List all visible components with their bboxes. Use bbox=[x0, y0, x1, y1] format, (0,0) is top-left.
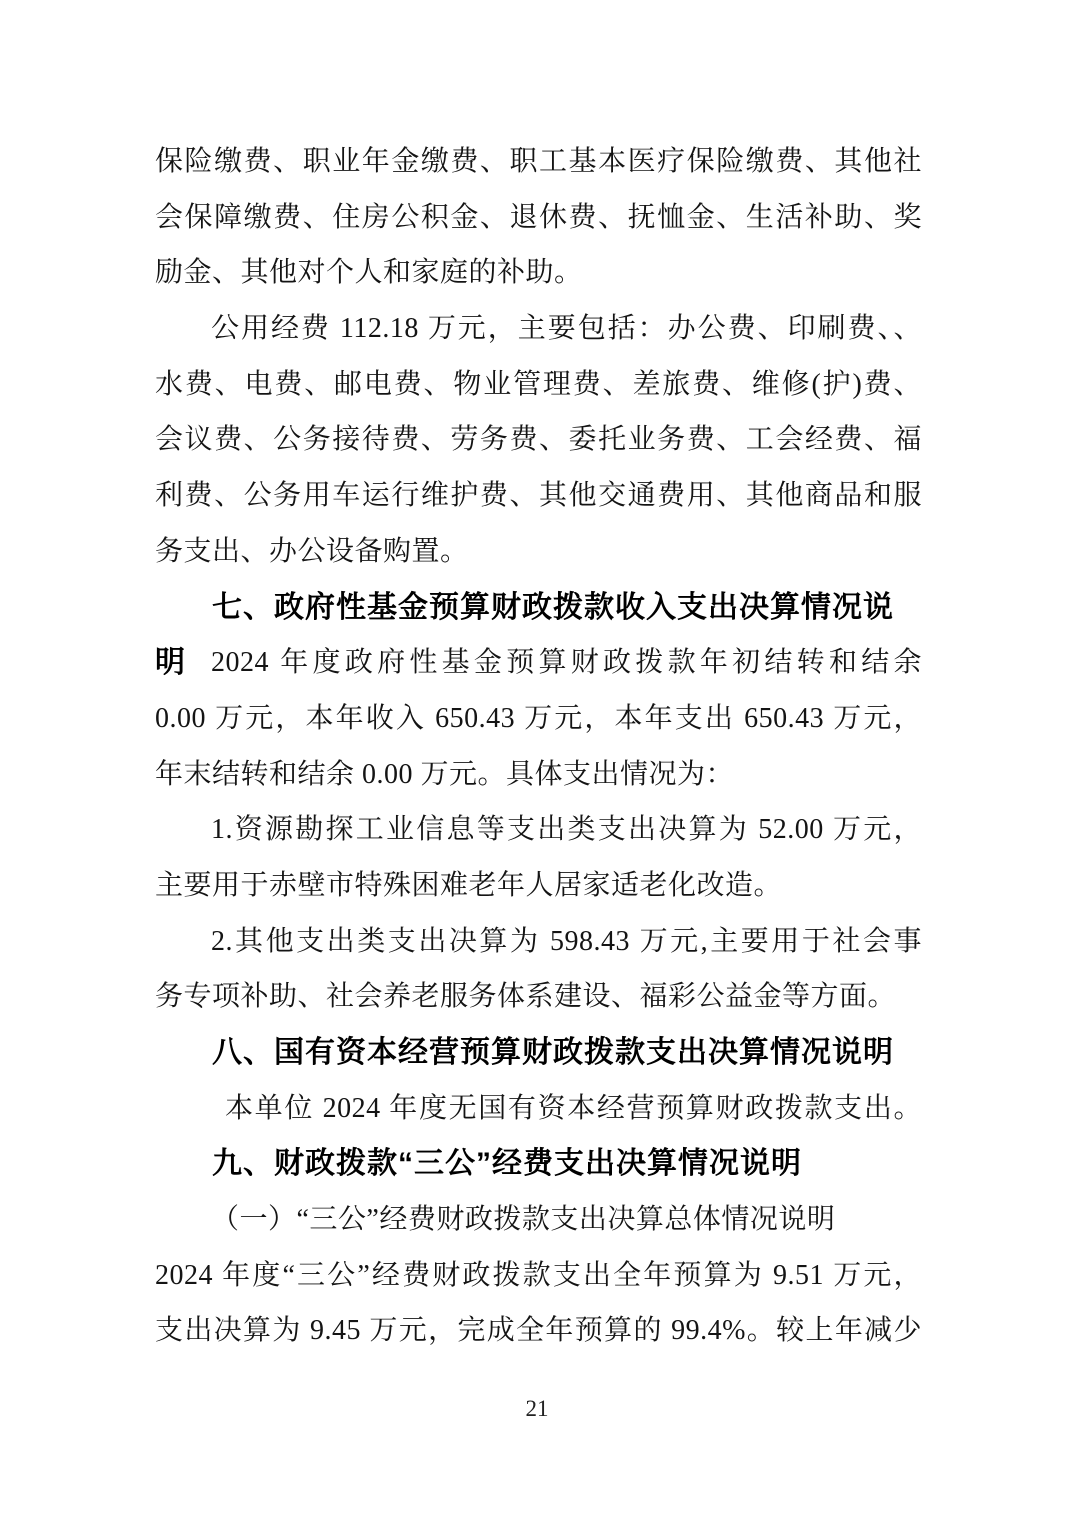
body-line: 1.资源勘探工业信息等支出类支出决算为 52.00 万元， bbox=[155, 802, 922, 858]
body-line: 会保障缴费、住房公积金、退休费、抚恤金、生活补助、奖 bbox=[155, 190, 922, 246]
body-line: 2.其他支出类支出决算为 598.43 万元,主要用于社会事 bbox=[155, 914, 922, 970]
body-line: 利费、公务用车运行维护费、其他交通费用、其他商品和服 bbox=[155, 468, 922, 524]
body-line: 水费、电费、邮电费、物业管理费、差旅费、维修(护)费、 bbox=[155, 357, 922, 413]
section-heading-9: 九、财政拨款“三公”经费支出决算情况说明 bbox=[155, 1136, 922, 1192]
body-line: 会议费、公务接待费、劳务费、委托业务费、工会经费、福 bbox=[155, 412, 922, 468]
body-line: 务专项补助、社会养老服务体系建设、福彩公益金等方面。 bbox=[155, 969, 922, 1025]
body-line: 2024 年度政府性基金预算财政拨款年初结转和结余 bbox=[155, 635, 922, 691]
subsection-heading: （一）“三公”经费财政拨款支出决算总体情况说明 bbox=[155, 1192, 922, 1248]
body-line: 公用经费 112.18 万元，主要包括：办公费、印刷费、、 bbox=[155, 301, 922, 357]
body-line: 2024 年度“三公”经费财政拨款支出全年预算为 9.51 万元， bbox=[155, 1248, 922, 1304]
body-line: 0.00 万元，本年收入 650.43 万元，本年支出 650.43 万元， bbox=[155, 691, 922, 747]
body-line: 务支出、办公设备购置。 bbox=[155, 524, 922, 580]
page-number: 21 bbox=[0, 1396, 1074, 1422]
body-line: 保险缴费、职业年金缴费、职工基本医疗保险缴费、其他社 bbox=[155, 134, 922, 190]
section-heading-7: 七、政府性基金预算财政拨款收入支出决算情况说明 bbox=[155, 580, 922, 636]
section-heading-8: 八、国有资本经营预算财政拨款支出决算情况说明 bbox=[155, 1025, 922, 1081]
body-line: 本单位 2024 年度无国有资本经营预算财政拨款支出。 bbox=[155, 1081, 922, 1137]
body-line: 主要用于赤壁市特殊困难老年人居家适老化改造。 bbox=[155, 858, 922, 914]
body-line: 支出决算为 9.45 万元，完成全年预算的 99.4%。较上年减少 bbox=[155, 1303, 922, 1359]
document-body: 保险缴费、职业年金缴费、职工基本医疗保险缴费、其他社 会保障缴费、住房公积金、退… bbox=[155, 134, 922, 1359]
document-page: 保险缴费、职业年金缴费、职工基本医疗保险缴费、其他社 会保障缴费、住房公积金、退… bbox=[0, 0, 1074, 1520]
body-line: 年末结转和结余 0.00 万元。具体支出情况为： bbox=[155, 747, 922, 803]
body-line: 励金、其他对个人和家庭的补助。 bbox=[155, 245, 922, 301]
